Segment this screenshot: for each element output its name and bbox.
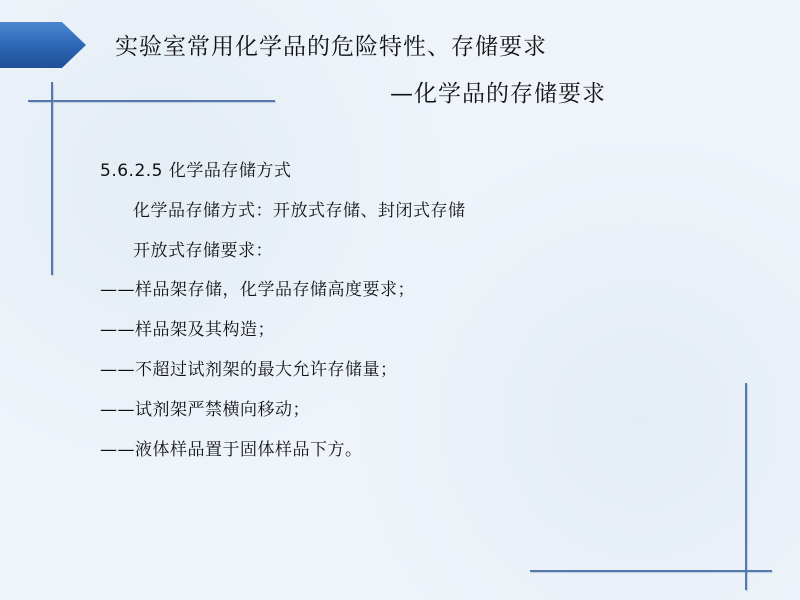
bullet-item: ——样品架存储，化学品存储高度要求； bbox=[100, 275, 415, 300]
decorative-line-right-vertical bbox=[745, 383, 747, 590]
title-arrow-decoration bbox=[0, 22, 86, 68]
decorative-line-top-horizontal bbox=[28, 100, 275, 102]
bullet-item: ——样品架及其构造； bbox=[100, 315, 275, 340]
bullet-item: ——试剂架严禁横向移动； bbox=[100, 395, 310, 420]
storage-methods-line: 化学品存储方式：开放式存储、封闭式存储 bbox=[133, 196, 466, 221]
slide-title: 实验室常用化学品的危险特性、存储要求 bbox=[115, 28, 547, 61]
slide-subtitle: —化学品的存储要求 bbox=[390, 75, 606, 108]
bullet-item: ——液体样品置于固体样品下方。 bbox=[100, 435, 363, 460]
open-storage-requirements-line: 开放式存储要求： bbox=[133, 236, 273, 261]
decorative-line-bottom-horizontal bbox=[530, 570, 772, 572]
bullet-item: ——不超过试剂架的最大允许存储量； bbox=[100, 355, 398, 380]
decorative-line-left-vertical bbox=[51, 82, 53, 275]
section-heading: 5.6.2.5 化学品存储方式 bbox=[100, 156, 291, 181]
